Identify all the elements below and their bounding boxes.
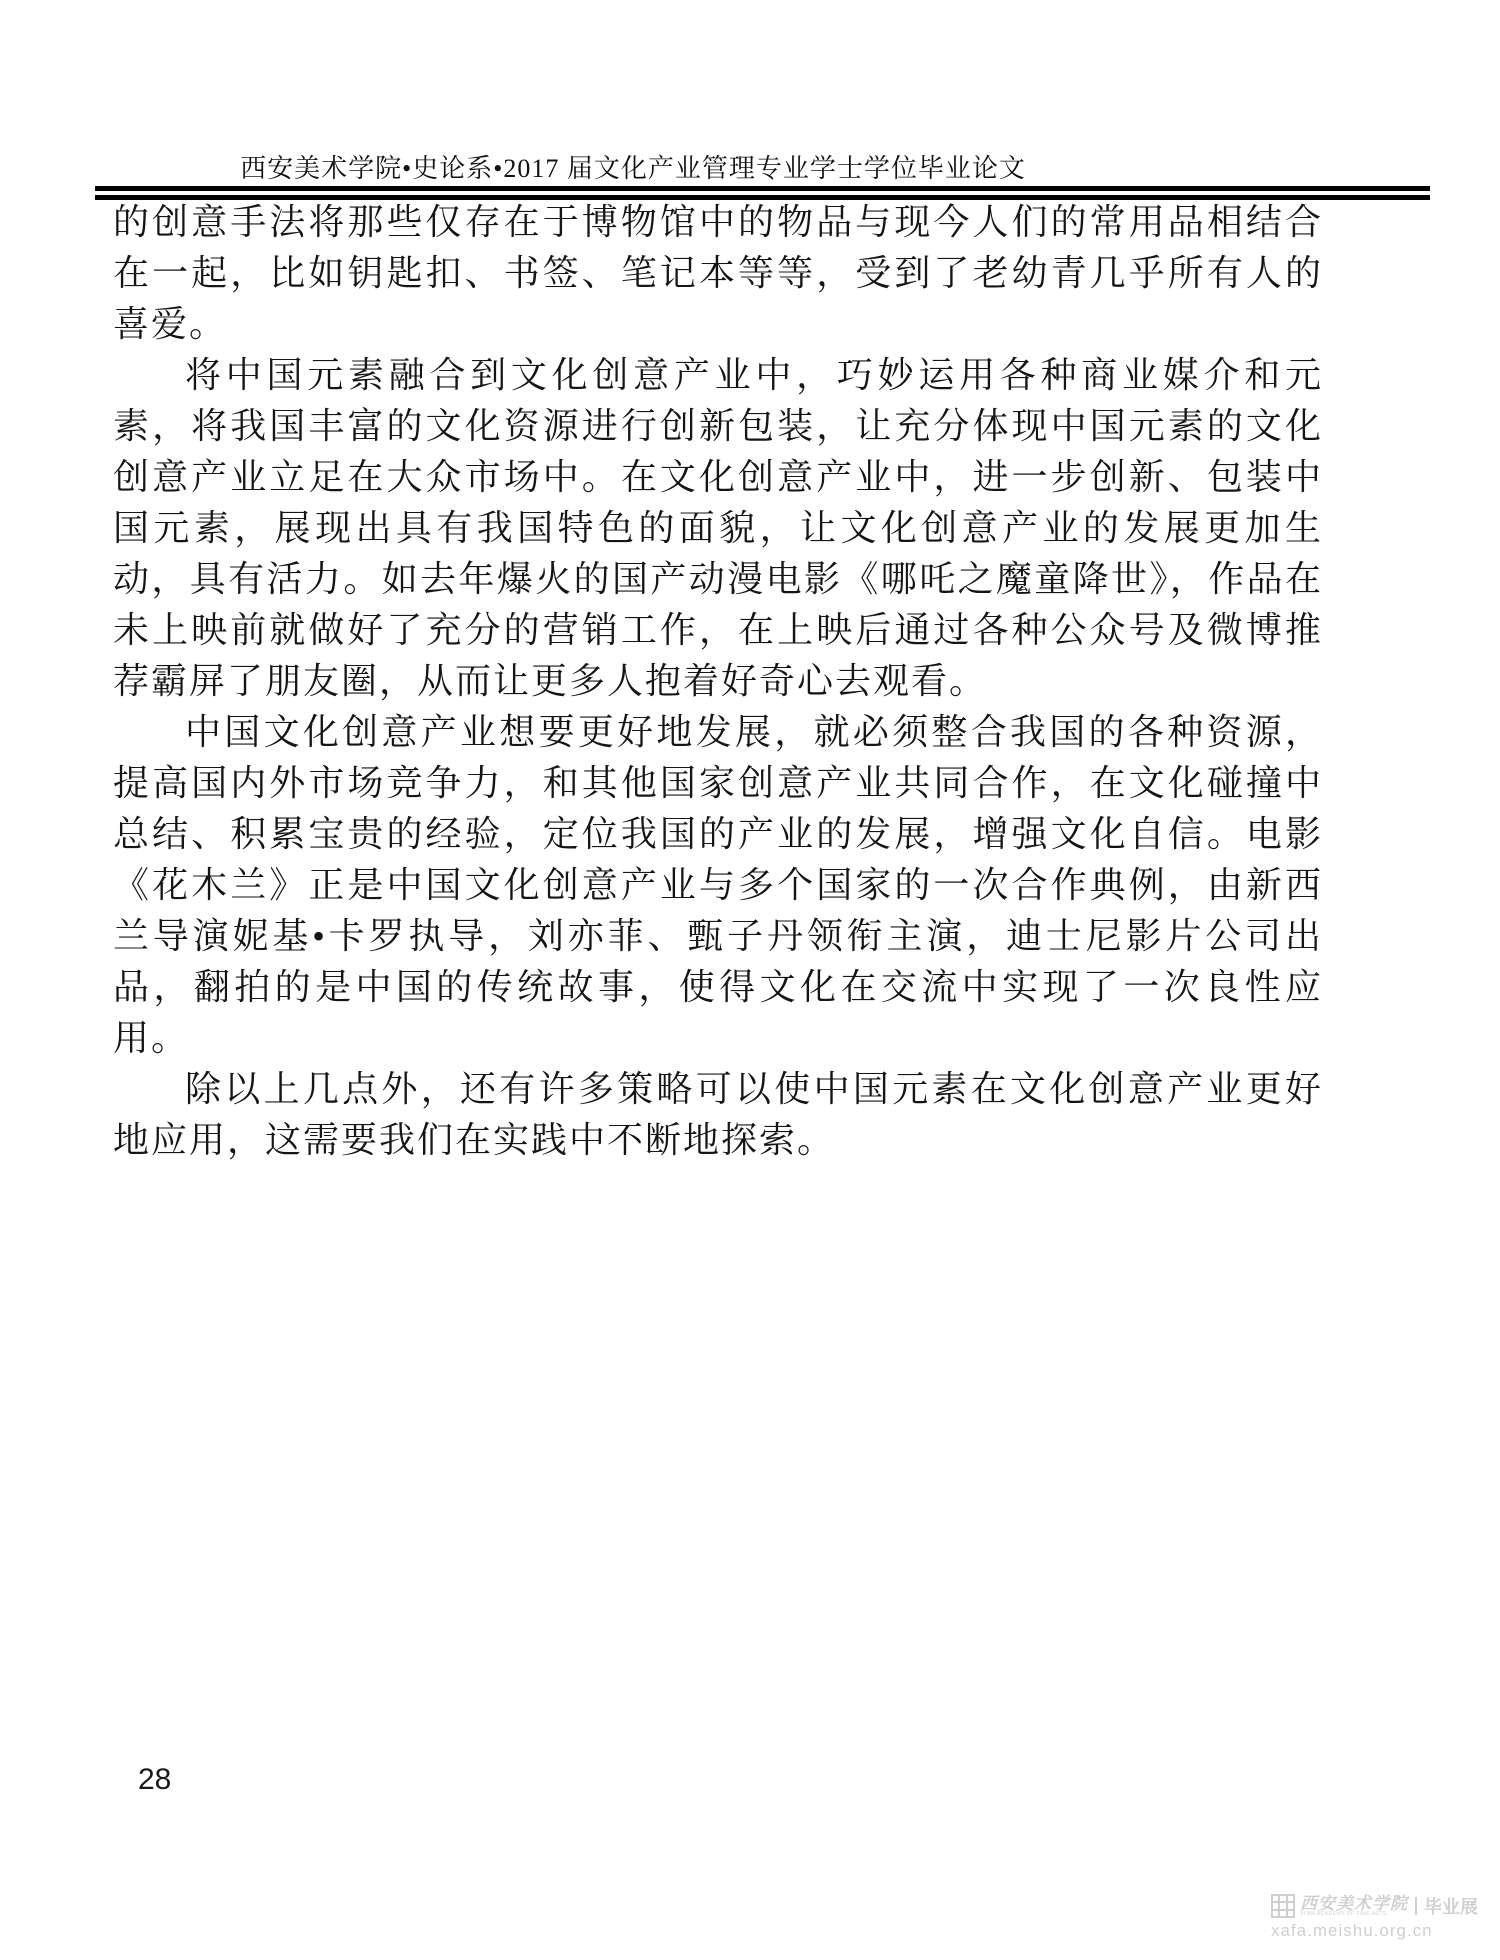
body-text: 的创意手法将那些仅存在于博物馆中的物品与现今人们的常用品相结合在一起，比如钥匙扣… (113, 197, 1323, 1166)
document-page: 西安美术学院•史论系•2017 届文化产业管理专业学士学位毕业论文 的创意手法将… (0, 0, 1500, 1960)
watermark-url: xafa.meishu.org.cn (1271, 1921, 1478, 1941)
body-paragraph: 除以上几点外，还有许多策略可以使中国元素在文化创意产业更好地应用，这需要我们在实… (113, 1064, 1323, 1166)
body-paragraph: 的创意手法将那些仅存在于博物馆中的物品与现今人们的常用品相结合在一起，比如钥匙扣… (113, 197, 1323, 350)
page-number: 28 (138, 1763, 171, 1797)
page-header-title: 西安美术学院•史论系•2017 届文化产业管理专业学士学位毕业论文 (113, 148, 1153, 185)
watermark-academy-name-en: XI'AN ACADEMY OF FINE ARTS (1300, 1912, 1408, 1917)
site-watermark: 西安美术学院 XI'AN ACADEMY OF FINE ARTS 毕业展 xa… (1271, 1893, 1478, 1941)
watermark-academy-name: 西安美术学院 (1300, 1895, 1408, 1912)
body-paragraph: 将中国元素融合到文化创意产业中，巧妙运用各种商业媒介和元素，将我国丰富的文化资源… (113, 350, 1323, 707)
watermark-exhibition-label: 毕业展 (1424, 1893, 1478, 1919)
watermark-divider (1415, 1897, 1417, 1915)
body-paragraph: 中国文化创意产业想要更好地发展，就必须整合我国的各种资源，提高国内外市场竞争力，… (113, 707, 1323, 1064)
academy-seal-icon (1271, 1894, 1295, 1918)
watermark-row-academy: 西安美术学院 XI'AN ACADEMY OF FINE ARTS 毕业展 (1271, 1893, 1478, 1919)
